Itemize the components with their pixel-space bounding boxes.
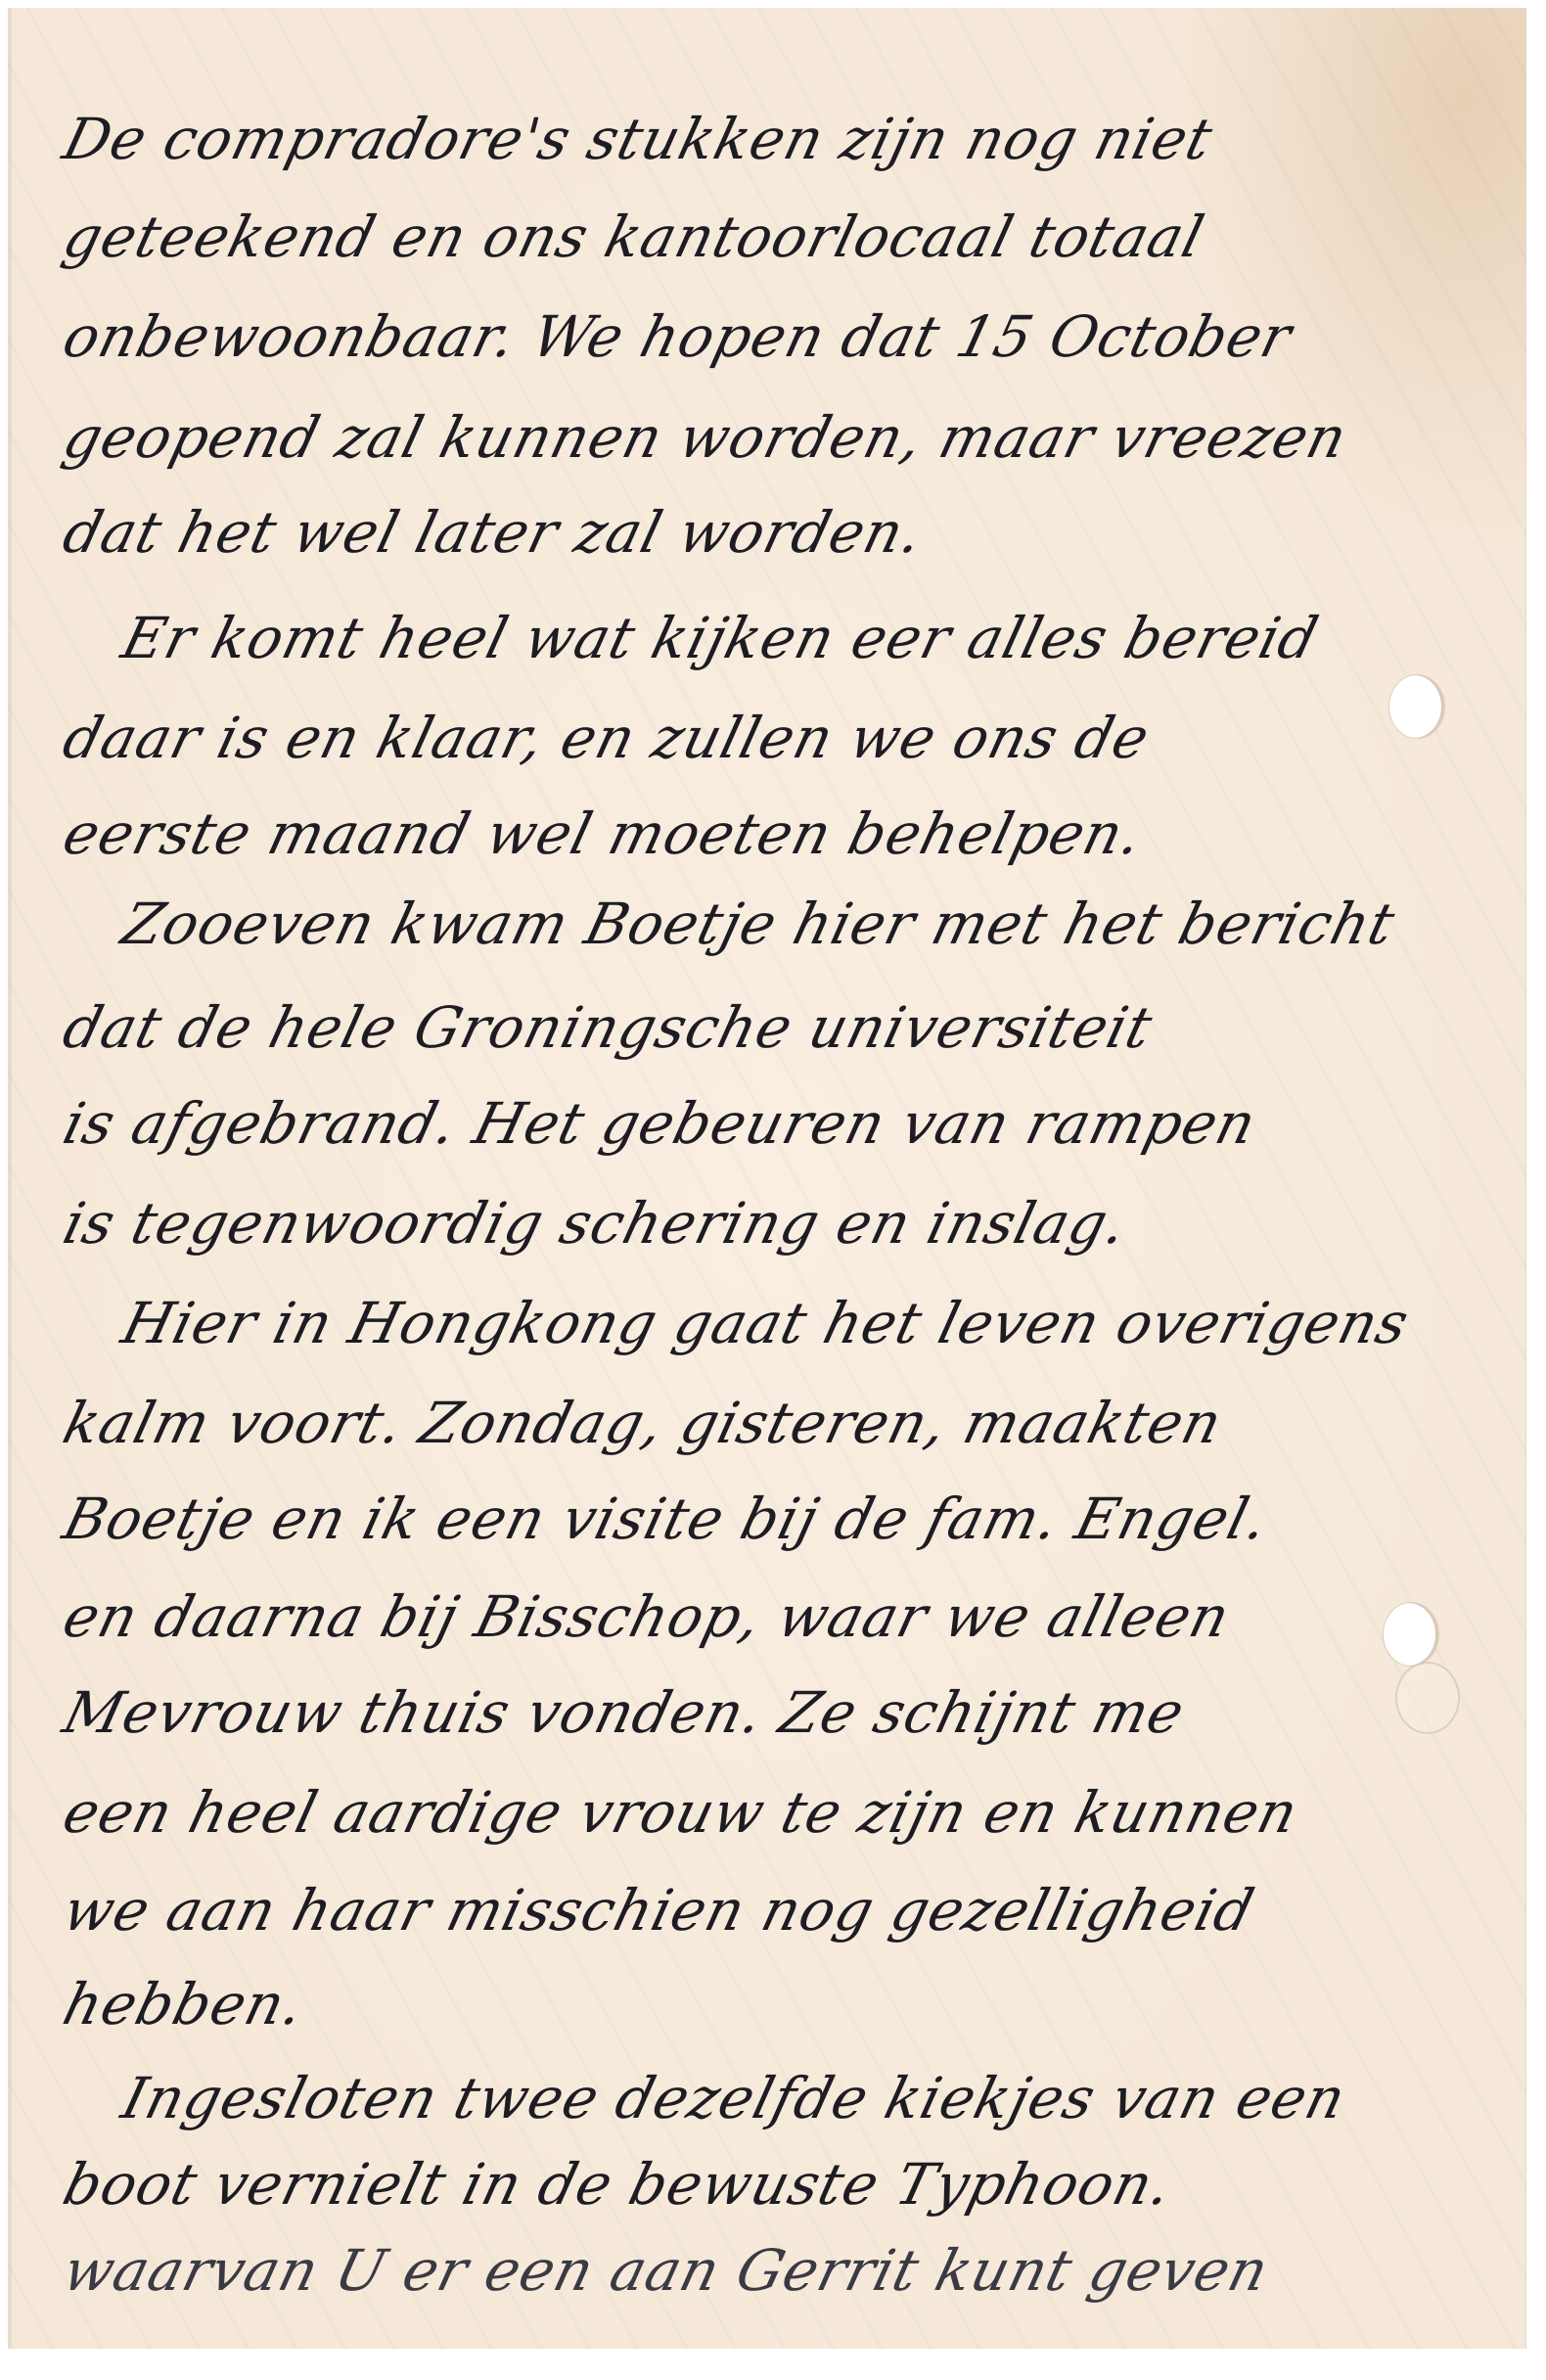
letter-line: Er komt heel wat kijken eer alles bereid: [115, 605, 1325, 671]
letter-line: Ingesloten twee dezelfde kiekjes van een: [115, 2065, 1352, 2131]
letter-line: geopend zal kunnen worden, maar vreezen: [57, 404, 1354, 471]
letter-page: De compradore's stukken zijn nog niet ge…: [8, 8, 1526, 2349]
letter-line: we aan haar misschien nog gezelligheid: [57, 1877, 1261, 1944]
letter-line: Hier in Hongkong gaat het leven overigen…: [115, 1290, 1416, 1356]
letter-line: Boetje en ik een visite bij de fam. Enge…: [57, 1486, 1275, 1552]
letter-line: is tegenwoordig schering en inslag.: [57, 1190, 1134, 1257]
letter-line: en daarna bij Bisschop, waar we alleen: [57, 1583, 1237, 1650]
punch-hole-impression: [1395, 1662, 1460, 1734]
letter-line: onbewoonbaar. We hopen dat 15 October: [57, 303, 1298, 370]
letter-line: eerste maand wel moeten behelpen.: [57, 801, 1150, 867]
punch-hole-top: [1389, 675, 1444, 738]
paper-edge: [8, 8, 12, 2349]
letter-line: is afgebrand. Het gebeuren van rampen: [57, 1090, 1263, 1157]
letter-line: Mevrouw thuis vonden. Ze schijnt me: [57, 1679, 1192, 1746]
letter-line: De compradore's stukken zijn nog niet: [57, 106, 1219, 172]
letter-line: dat het wel later zal worden.: [57, 499, 930, 566]
letter-line: waarvan U er een aan Gerrit kunt geven: [57, 2237, 1276, 2304]
letter-line: hebben.: [57, 1971, 311, 2037]
letter-line: Zooeven kwam Boetje hier met het bericht: [115, 891, 1402, 957]
punch-hole-bottom: [1384, 1603, 1438, 1666]
letter-line: kalm voort. Zondag, gisteren, maakten: [57, 1390, 1229, 1456]
letter-line: daar is en klaar, en zullen we ons de: [57, 705, 1157, 771]
letter-line: een heel aardige vrouw te zijn en kunnen: [57, 1779, 1305, 1846]
letter-line: boot vernielt in de bewuste Typhoon.: [57, 2151, 1179, 2218]
letter-line: dat de hele Groningsche universiteit: [57, 994, 1159, 1061]
letter-line: geteekend en ons kantoorlocaal totaal: [57, 204, 1211, 270]
